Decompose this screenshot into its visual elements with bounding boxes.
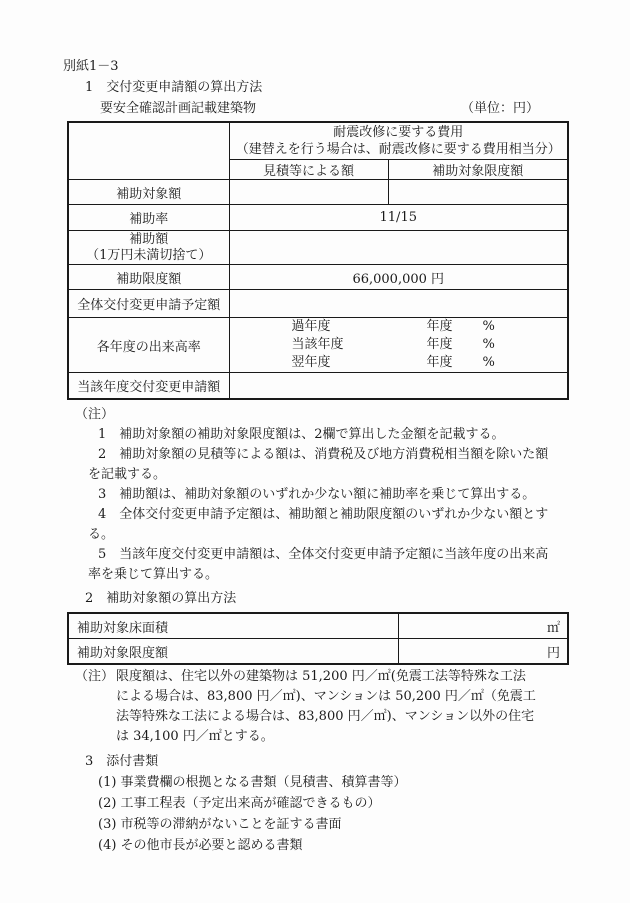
- floor-area-label: 補助対象床面積: [68, 613, 398, 639]
- target-amount-limit-cell: [388, 180, 568, 205]
- building-category-label: 要安全確認計画記載建築物: [100, 98, 256, 119]
- table-row: 補助対象額: [68, 180, 568, 205]
- progress-line-current: 当該年度 年度 %: [230, 336, 568, 354]
- current-year-application-label: 当該年度交付変更申請額: [68, 373, 229, 400]
- subsidy-amount-cell: [229, 231, 568, 265]
- percent-sign: %: [483, 354, 495, 372]
- progress-line-next: 翌年度 年度 %: [230, 354, 568, 372]
- note-item-3: 3 補助額は、補助対象額のいずれか少ない額に補助率を乗じて算出する。: [98, 485, 630, 505]
- note-item-4-cont: る。: [88, 525, 630, 545]
- target-amount-label: 補助対象額: [68, 180, 229, 205]
- sheet-label: 別紙1－3: [63, 56, 630, 77]
- unit-label: （単位：円）: [461, 98, 539, 119]
- note-item-5-cont: 率を乗じて算出する。: [88, 565, 630, 585]
- attachments-list: (1) 事業費欄の根拠となる書類（見積書、積算書等） (2) 工事工程表（予定出…: [0, 772, 630, 856]
- table-row: 補助率 11/15: [68, 205, 568, 231]
- header-corner-cell: [68, 122, 229, 180]
- percent-sign: %: [483, 336, 495, 354]
- notes-section-1: （注） 1 補助対象額の補助対象限度額は、2欄で算出した金額を記載する。 2 補…: [0, 405, 630, 585]
- subsidy-label-line2: （1万円未満切捨て）: [69, 248, 229, 264]
- cost-header-line1: 耐震改修に要する費用: [230, 124, 568, 141]
- year-suffix-label: 年度: [427, 336, 483, 354]
- floor-area-unit-cell: ㎡: [398, 613, 568, 639]
- table-row: 補助対象床面積 ㎡: [68, 613, 568, 639]
- note2-line-1: 限度額は、住宅以外の建築物は 51,200 円／㎡(免震工法等特殊な工法: [116, 667, 536, 687]
- rate-value-cell: 11/15: [229, 205, 568, 231]
- attachment-item-1: (1) 事業費欄の根拠となる書類（見積書、積算書等）: [98, 772, 630, 793]
- target-amount-table: 補助対象床面積 ㎡ 補助対象限度額 円: [67, 612, 569, 665]
- notes-section-2: （注） 限度額は、住宅以外の建築物は 51,200 円／㎡(免震工法等特殊な工法…: [75, 667, 630, 747]
- cost-header-line2: （建替えを行う場合は、耐震改修に要する費用相当分）: [230, 141, 568, 158]
- progress-period-label: 当該年度: [292, 336, 427, 354]
- subsidy-limit-value-cell: 66,000,000 円: [229, 265, 568, 290]
- note2-line-3: 法等特殊な工法による場合は、83,800 円／㎡)、マンション以外の住宅: [116, 707, 536, 727]
- cost-header-cell: 耐震改修に要する費用 （建替えを行う場合は、耐震改修に要する費用相当分）: [229, 122, 568, 160]
- table-row: 当該年度交付変更申請額: [68, 373, 568, 400]
- year-suffix-label: 年度: [427, 318, 483, 336]
- table-row: 補助限度額 66,000,000 円: [68, 265, 568, 290]
- target-limit-label: 補助対象限度額: [68, 639, 398, 665]
- target-amount-estimate-cell: [229, 180, 388, 205]
- note-item-4: 4 全体交付変更申請予定額は、補助額と補助限度額のいずれか少ない額とす: [98, 505, 630, 525]
- attachment-item-2: (2) 工事工程表（予定出来高が確認できるもの）: [98, 793, 630, 814]
- note-item-1: 1 補助対象額の補助対象限度額は、2欄で算出した金額を記載する。: [98, 425, 630, 445]
- attachment-item-3: (3) 市税等の滞納がないことを証する書面: [98, 814, 630, 835]
- total-planned-cell: [229, 290, 568, 318]
- target-limit-unit-cell: 円: [398, 639, 568, 665]
- table-row: 全体交付変更申請予定額: [68, 290, 568, 318]
- document-page: 別紙1－3 1 交付変更申請額の算出方法 要安全確認計画記載建築物 （単位：円）…: [0, 0, 630, 903]
- current-year-application-cell: [229, 373, 568, 400]
- progress-period-label: 翌年度: [292, 354, 427, 372]
- subsidy-limit-label: 補助限度額: [68, 265, 229, 290]
- note-item-5: 5 当該年度交付変更申請額は、全体交付変更申請予定額に当該年度の出来高: [98, 545, 630, 565]
- progress-line-past: 過年度 年度 %: [230, 318, 568, 336]
- section2-title: 2 補助対象額の算出方法: [85, 589, 630, 609]
- note2-text: 限度額は、住宅以外の建築物は 51,200 円／㎡(免震工法等特殊な工法 による…: [116, 667, 536, 747]
- note2-line-4: は 34,100 円／㎡とする。: [116, 727, 536, 747]
- attachment-item-4: (4) その他市長が必要と認める書類: [98, 835, 630, 856]
- note-item-2-cont: を記載する。: [88, 465, 630, 485]
- note-marker: （注）: [75, 405, 630, 425]
- table-row: 補助対象限度額 円: [68, 639, 568, 665]
- note-item-2: 2 補助対象額の見積等による額は、消費税及び地方消費税相当額を除いた額: [98, 445, 630, 465]
- progress-period-label: 過年度: [292, 318, 427, 336]
- note-marker: （注）: [75, 667, 116, 747]
- subsidy-label-line1: 補助額: [69, 232, 229, 248]
- estimate-column-header: 見積等による額: [229, 160, 388, 180]
- grant-change-calculation-table: 耐震改修に要する費用 （建替えを行う場合は、耐震改修に要する費用相当分） 見積等…: [67, 121, 569, 400]
- progress-rate-label: 各年度の出来高率: [68, 318, 229, 373]
- note2-line-2: による場合は、83,800 円／㎡)、マンションは 50,200 円／㎡（免震工: [116, 687, 536, 707]
- table-row: 耐震改修に要する費用 （建替えを行う場合は、耐震改修に要する費用相当分）: [68, 122, 568, 160]
- percent-sign: %: [483, 318, 495, 336]
- subsidy-amount-label: 補助額 （1万円未満切捨て）: [68, 231, 229, 265]
- section1-title: 1 交付変更申請額の算出方法: [85, 77, 630, 98]
- table1-caption-row: 要安全確認計画記載建築物 （単位：円）: [67, 98, 567, 119]
- progress-rate-cell: 過年度 年度 % 当該年度 年度 % 翌年度 年度 %: [229, 318, 568, 373]
- section3-title: 3 添付書類: [85, 752, 630, 772]
- rate-label: 補助率: [68, 205, 229, 231]
- total-planned-label: 全体交付変更申請予定額: [68, 290, 229, 318]
- table-row: 各年度の出来高率 過年度 年度 % 当該年度 年度 % 翌年度 年度: [68, 318, 568, 373]
- table-row: 補助額 （1万円未満切捨て）: [68, 231, 568, 265]
- year-suffix-label: 年度: [427, 354, 483, 372]
- limit-column-header: 補助対象限度額: [388, 160, 568, 180]
